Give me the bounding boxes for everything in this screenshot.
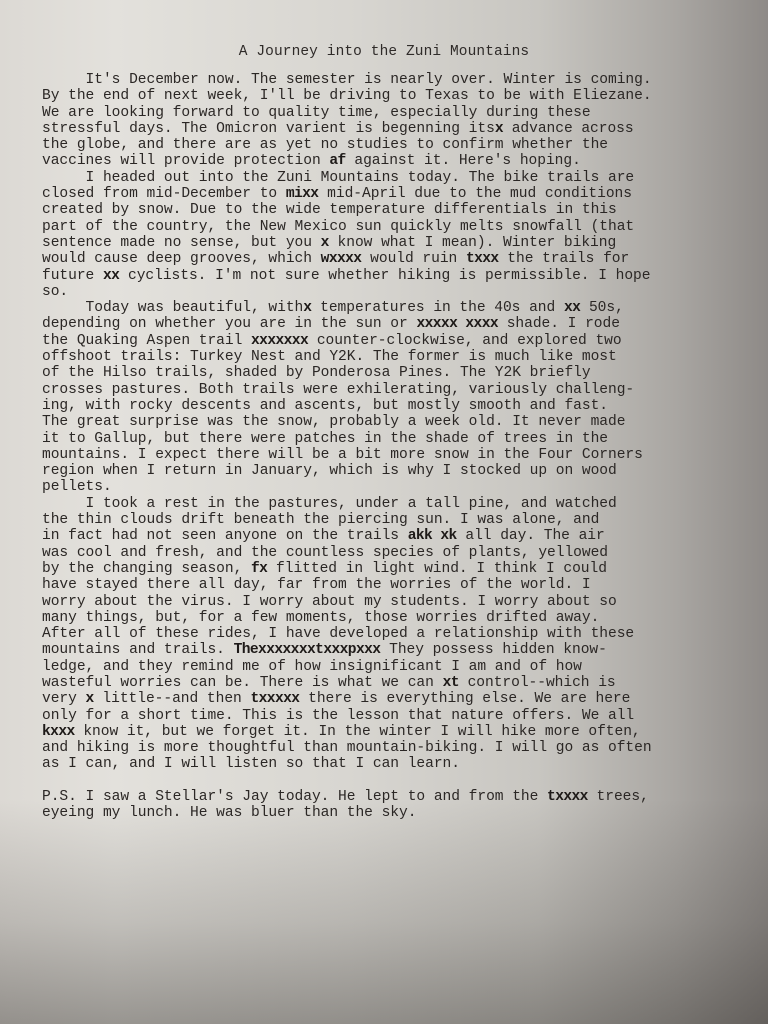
- text-line: crosses pastures. Both trails were exhil…: [42, 382, 768, 398]
- text-line: part of the country, the New Mexico sun …: [42, 219, 768, 235]
- text-line: After all of these rides, I have develop…: [42, 626, 768, 642]
- body-text: It's December now. The semester is nearl…: [42, 72, 768, 822]
- struck-out-text: wxxxx: [321, 251, 362, 267]
- struck-out-text: mixx: [286, 186, 319, 202]
- text-line: sentence made no sense, but you x know w…: [42, 235, 768, 251]
- text-line: was cool and fresh, and the countless sp…: [42, 545, 768, 561]
- text-line: in fact had not seen anyone on the trail…: [42, 528, 768, 544]
- blank-line: [42, 773, 768, 789]
- typed-text: cyclists. I'm not sure whether hiking is…: [119, 268, 650, 284]
- typed-text: offshoot trails: Turkey Nest and Y2K. Th…: [42, 349, 617, 365]
- text-line: the Quaking Aspen trail xxxxxxx counter-…: [42, 333, 768, 349]
- typed-text: pellets.: [42, 479, 112, 495]
- text-line: wasteful worries can be. There is what w…: [42, 675, 768, 691]
- typed-text: The great surprise was the snow, probabl…: [42, 414, 625, 430]
- typed-text: sentence made no sense, but you: [42, 235, 321, 251]
- typed-text: control--which is: [459, 675, 616, 691]
- text-line: mountains. I expect there will be a bit …: [42, 447, 768, 463]
- typed-text: the trails for: [499, 251, 630, 267]
- typed-text: future: [42, 268, 103, 284]
- typed-text: ing, with rocky descents and ascents, bu…: [42, 398, 608, 414]
- text-line: so.: [42, 284, 768, 300]
- typed-text: against it. Here's hoping.: [346, 153, 581, 169]
- typed-text: 50s,: [580, 300, 624, 316]
- typed-text: advance across: [503, 121, 634, 137]
- typed-text: very: [42, 691, 86, 707]
- text-line: kxxx know it, but we forget it. In the w…: [42, 724, 768, 740]
- text-line: We are looking forward to quality time, …: [42, 105, 768, 121]
- typed-text: know what I mean). Winter biking: [329, 235, 616, 251]
- text-line: the globe, and there are as yet no studi…: [42, 137, 768, 153]
- typed-text: shade. I rode: [498, 316, 620, 332]
- text-line: have stayed there all day, far from the …: [42, 577, 768, 593]
- typed-text: have stayed there all day, far from the …: [42, 577, 591, 593]
- text-line: It's December now. The semester is nearl…: [42, 72, 768, 88]
- typed-text: We are looking forward to quality time, …: [42, 105, 591, 121]
- text-line: only for a short time. This is the lesso…: [42, 708, 768, 724]
- typed-text: I headed out into the Zuni Mountains tod…: [42, 170, 634, 186]
- text-line: I took a rest in the pastures, under a t…: [42, 496, 768, 512]
- struck-out-text: af: [329, 153, 345, 169]
- struck-out-text: txxxxx: [250, 691, 299, 707]
- typed-text: Today was beautiful, with: [42, 300, 303, 316]
- text-line: created by snow. Due to the wide tempera…: [42, 202, 768, 218]
- text-line: P.S. I saw a Stellar's Jay today. He lep…: [42, 789, 768, 805]
- typed-text: was cool and fresh, and the countless sp…: [42, 545, 608, 561]
- typed-text: the Quaking Aspen trail: [42, 333, 251, 349]
- text-line: many things, but, for a few moments, tho…: [42, 610, 768, 626]
- typed-text: would cause deep grooves, which: [42, 251, 321, 267]
- typewritten-page: A Journey into the Zuni Mountains It's D…: [0, 0, 768, 1024]
- typed-text: By the end of next week, I'll be driving…: [42, 88, 652, 104]
- text-line: depending on whether you are in the sun …: [42, 316, 768, 332]
- typed-text: mid-April due to the mud conditions: [318, 186, 631, 202]
- struck-out-text: fx: [251, 561, 267, 577]
- typed-text: there is everything else. We are here: [299, 691, 630, 707]
- typed-text: of the Hilso trails, shaded by Ponderosa…: [42, 365, 591, 381]
- text-line: as I can, and I will listen so that I ca…: [42, 756, 768, 772]
- typed-text: closed from mid-December to: [42, 186, 286, 202]
- typed-text: counter-clockwise, and explored two: [308, 333, 621, 349]
- typed-text: flitted in light wind. I think I could: [267, 561, 607, 577]
- typed-text: temperatures in the 40s and: [311, 300, 564, 316]
- typed-text: only for a short time. This is the lesso…: [42, 708, 634, 724]
- text-line: Today was beautiful, withx temperatures …: [42, 300, 768, 316]
- typed-text: vaccines will provide protection: [42, 153, 329, 169]
- typed-text: part of the country, the New Mexico sun …: [42, 219, 634, 235]
- typed-text: mountains. I expect there will be a bit …: [42, 447, 643, 463]
- text-line: future xx cyclists. I'm not sure whether…: [42, 268, 768, 284]
- typed-text: as I can, and I will listen so that I ca…: [42, 756, 460, 772]
- text-line: By the end of next week, I'll be driving…: [42, 88, 768, 104]
- typed-text: little--and then: [94, 691, 251, 707]
- typed-text: stressful days. The Omicron varient is b…: [42, 121, 495, 137]
- typed-text: know it, but we forget it. In the winter…: [75, 724, 641, 740]
- typed-text: so.: [42, 284, 68, 300]
- text-line: vaccines will provide protection af agai…: [42, 153, 768, 169]
- text-line: and hiking is more thoughtful than mount…: [42, 740, 768, 756]
- text-line: the thin clouds drift beneath the pierci…: [42, 512, 768, 528]
- typed-text: depending on whether you are in the sun …: [42, 316, 416, 332]
- struck-out-text: x: [495, 121, 503, 137]
- typed-text: They possess hidden know-: [380, 642, 606, 658]
- text-line: by the changing season, fx flitted in li…: [42, 561, 768, 577]
- text-line: The great surprise was the snow, probabl…: [42, 414, 768, 430]
- text-line: would cause deep grooves, which wxxxx wo…: [42, 251, 768, 267]
- text-line: eyeing my lunch. He was bluer than the s…: [42, 805, 768, 821]
- text-line: mountains and trails. Thexxxxxxxtxxxpxxx…: [42, 642, 768, 658]
- typed-text: by the changing season,: [42, 561, 251, 577]
- struck-out-text: txxxx: [547, 789, 588, 805]
- typed-text: It's December now. The semester is nearl…: [42, 72, 652, 88]
- typed-text: would ruin: [361, 251, 466, 267]
- typed-text: worry about the virus. I worry about my …: [42, 594, 617, 610]
- text-line: it to Gallup, but there were patches in …: [42, 431, 768, 447]
- typed-text: created by snow. Due to the wide tempera…: [42, 202, 617, 218]
- typed-text: crosses pastures. Both trails were exhil…: [42, 382, 634, 398]
- text-line: offshoot trails: Turkey Nest and Y2K. Th…: [42, 349, 768, 365]
- struck-out-text: x: [86, 691, 94, 707]
- typed-text: all day. The air: [457, 528, 605, 544]
- typed-text: mountains and trails.: [42, 642, 234, 658]
- text-line: region when I return in January, which i…: [42, 463, 768, 479]
- struck-out-text: txxx: [466, 251, 499, 267]
- struck-out-text: xt: [443, 675, 459, 691]
- typed-text: After all of these rides, I have develop…: [42, 626, 634, 642]
- typed-text: in fact had not seen anyone on the trail…: [42, 528, 408, 544]
- struck-out-text: kxxx: [42, 724, 75, 740]
- typed-text: and hiking is more thoughtful than mount…: [42, 740, 652, 756]
- typed-text: the thin clouds drift beneath the pierci…: [42, 512, 599, 528]
- struck-out-text: Thexxxxxxxtxxxpxxx: [234, 642, 381, 658]
- text-line: very x little--and then txxxxx there is …: [42, 691, 768, 707]
- text-line: closed from mid-December to mixx mid-Apr…: [42, 186, 768, 202]
- struck-out-text: xx: [103, 268, 119, 284]
- typed-text: ledge, and they remind me of how insigni…: [42, 659, 582, 675]
- page-title: A Journey into the Zuni Mountains: [0, 44, 768, 60]
- struck-out-text: xxxxx xxxx: [416, 316, 498, 332]
- struck-out-text: xxxxxxx: [251, 333, 308, 349]
- typed-text: trees,: [588, 789, 649, 805]
- text-line: I headed out into the Zuni Mountains tod…: [42, 170, 768, 186]
- typed-text: it to Gallup, but there were patches in …: [42, 431, 608, 447]
- struck-out-text: akk xk: [408, 528, 457, 544]
- struck-out-text: x: [321, 235, 329, 251]
- text-line: pellets.: [42, 479, 768, 495]
- typed-text: P.S. I saw a Stellar's Jay today. He lep…: [42, 789, 547, 805]
- text-line: ledge, and they remind me of how insigni…: [42, 659, 768, 675]
- struck-out-text: xx: [564, 300, 580, 316]
- typed-text: region when I return in January, which i…: [42, 463, 617, 479]
- typed-text: many things, but, for a few moments, tho…: [42, 610, 599, 626]
- text-line: worry about the virus. I worry about my …: [42, 594, 768, 610]
- text-line: ing, with rocky descents and ascents, bu…: [42, 398, 768, 414]
- typed-text: eyeing my lunch. He was bluer than the s…: [42, 805, 416, 821]
- typed-text: I took a rest in the pastures, under a t…: [42, 496, 617, 512]
- typed-text: wasteful worries can be. There is what w…: [42, 675, 443, 691]
- text-line: of the Hilso trails, shaded by Ponderosa…: [42, 365, 768, 381]
- text-line: stressful days. The Omicron varient is b…: [42, 121, 768, 137]
- typed-text: the globe, and there are as yet no studi…: [42, 137, 608, 153]
